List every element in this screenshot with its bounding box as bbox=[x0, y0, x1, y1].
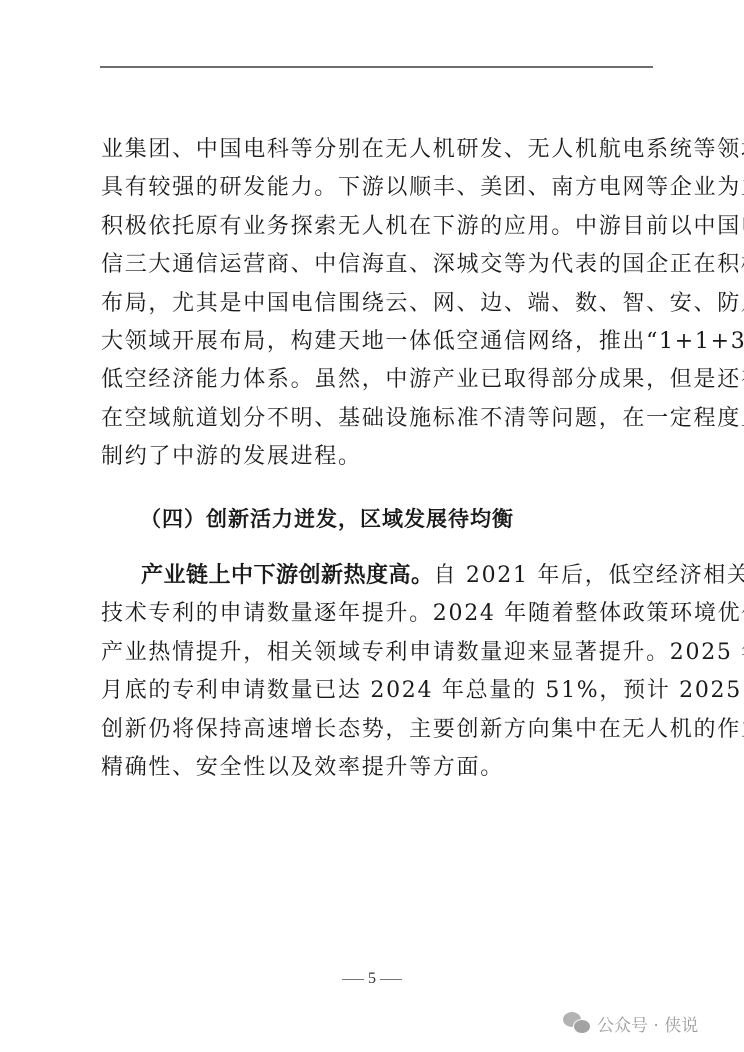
header-rule bbox=[100, 66, 653, 68]
dash-right bbox=[380, 979, 402, 980]
text-line: 布局，尤其是中国电信围绕云、网、边、端、数、智、安、防八 bbox=[101, 285, 653, 323]
text-line: 创新仍将保持高速增长态势，主要创新方向集中在无人机的作业 bbox=[101, 711, 653, 749]
text-line: 制约了中游的发展进程。 bbox=[101, 438, 653, 476]
watermark: 公众号 · 侠说 bbox=[563, 1010, 698, 1036]
text-line: 业集团、中国电科等分别在无人机研发、无人机航电系统等领域 bbox=[101, 131, 653, 169]
paragraph-innovation: 产业链上中下游创新热度高。自 2021 年后，低空经济相关 技术专利的申请数量逐… bbox=[101, 557, 653, 787]
text-line: 技术专利的申请数量逐年提升。2024 年随着整体政策环境优化、 bbox=[101, 595, 653, 633]
section-heading: （四）创新活力迸发，区域发展待均衡 bbox=[140, 503, 514, 533]
paragraph-continuation: 业集团、中国电科等分别在无人机研发、无人机航电系统等领域 具有较强的研发能力。下… bbox=[101, 131, 653, 477]
text-line: 具有较强的研发能力。下游以顺丰、美团、南方电网等企业为主， bbox=[101, 169, 653, 207]
text-line: 在空域航道划分不明、基础设施标准不清等问题，在一定程度上 bbox=[101, 400, 653, 438]
text-line-first: 产业链上中下游创新热度高。自 2021 年后，低空经济相关 bbox=[101, 557, 653, 595]
text-line: 大领域开展布局，构建天地一体低空通信网络，推出“1+1+3+N” bbox=[101, 323, 653, 361]
page-number-value: 5 bbox=[368, 970, 376, 987]
lead-sentence-bold: 产业链上中下游创新热度高。 bbox=[141, 563, 434, 588]
text-line: 月底的专利申请数量已达 2024 年总量的 51%，预计 2025 年技术 bbox=[101, 672, 653, 710]
dash-left bbox=[342, 979, 364, 980]
text-line: 精确性、安全性以及效率提升等方面。 bbox=[101, 749, 653, 787]
first-line-rest: 自 2021 年后，低空经济相关 bbox=[434, 563, 744, 588]
text-line: 产业热情提升，相关领域专利申请数量迎来显著提升。2025 年 5 bbox=[101, 634, 653, 672]
text-line: 积极依托原有业务探索无人机在下游的应用。中游目前以中国电 bbox=[101, 208, 653, 246]
text-line: 信三大通信运营商、中信海直、深城交等为代表的国企正在积极 bbox=[101, 246, 653, 284]
text-line: 低空经济能力体系。虽然，中游产业已取得部分成果，但是还存 bbox=[101, 361, 653, 399]
watermark-text: 公众号 · 侠说 bbox=[597, 1011, 698, 1036]
wechat-icon bbox=[563, 1012, 591, 1034]
page-number: 5 bbox=[0, 970, 744, 988]
